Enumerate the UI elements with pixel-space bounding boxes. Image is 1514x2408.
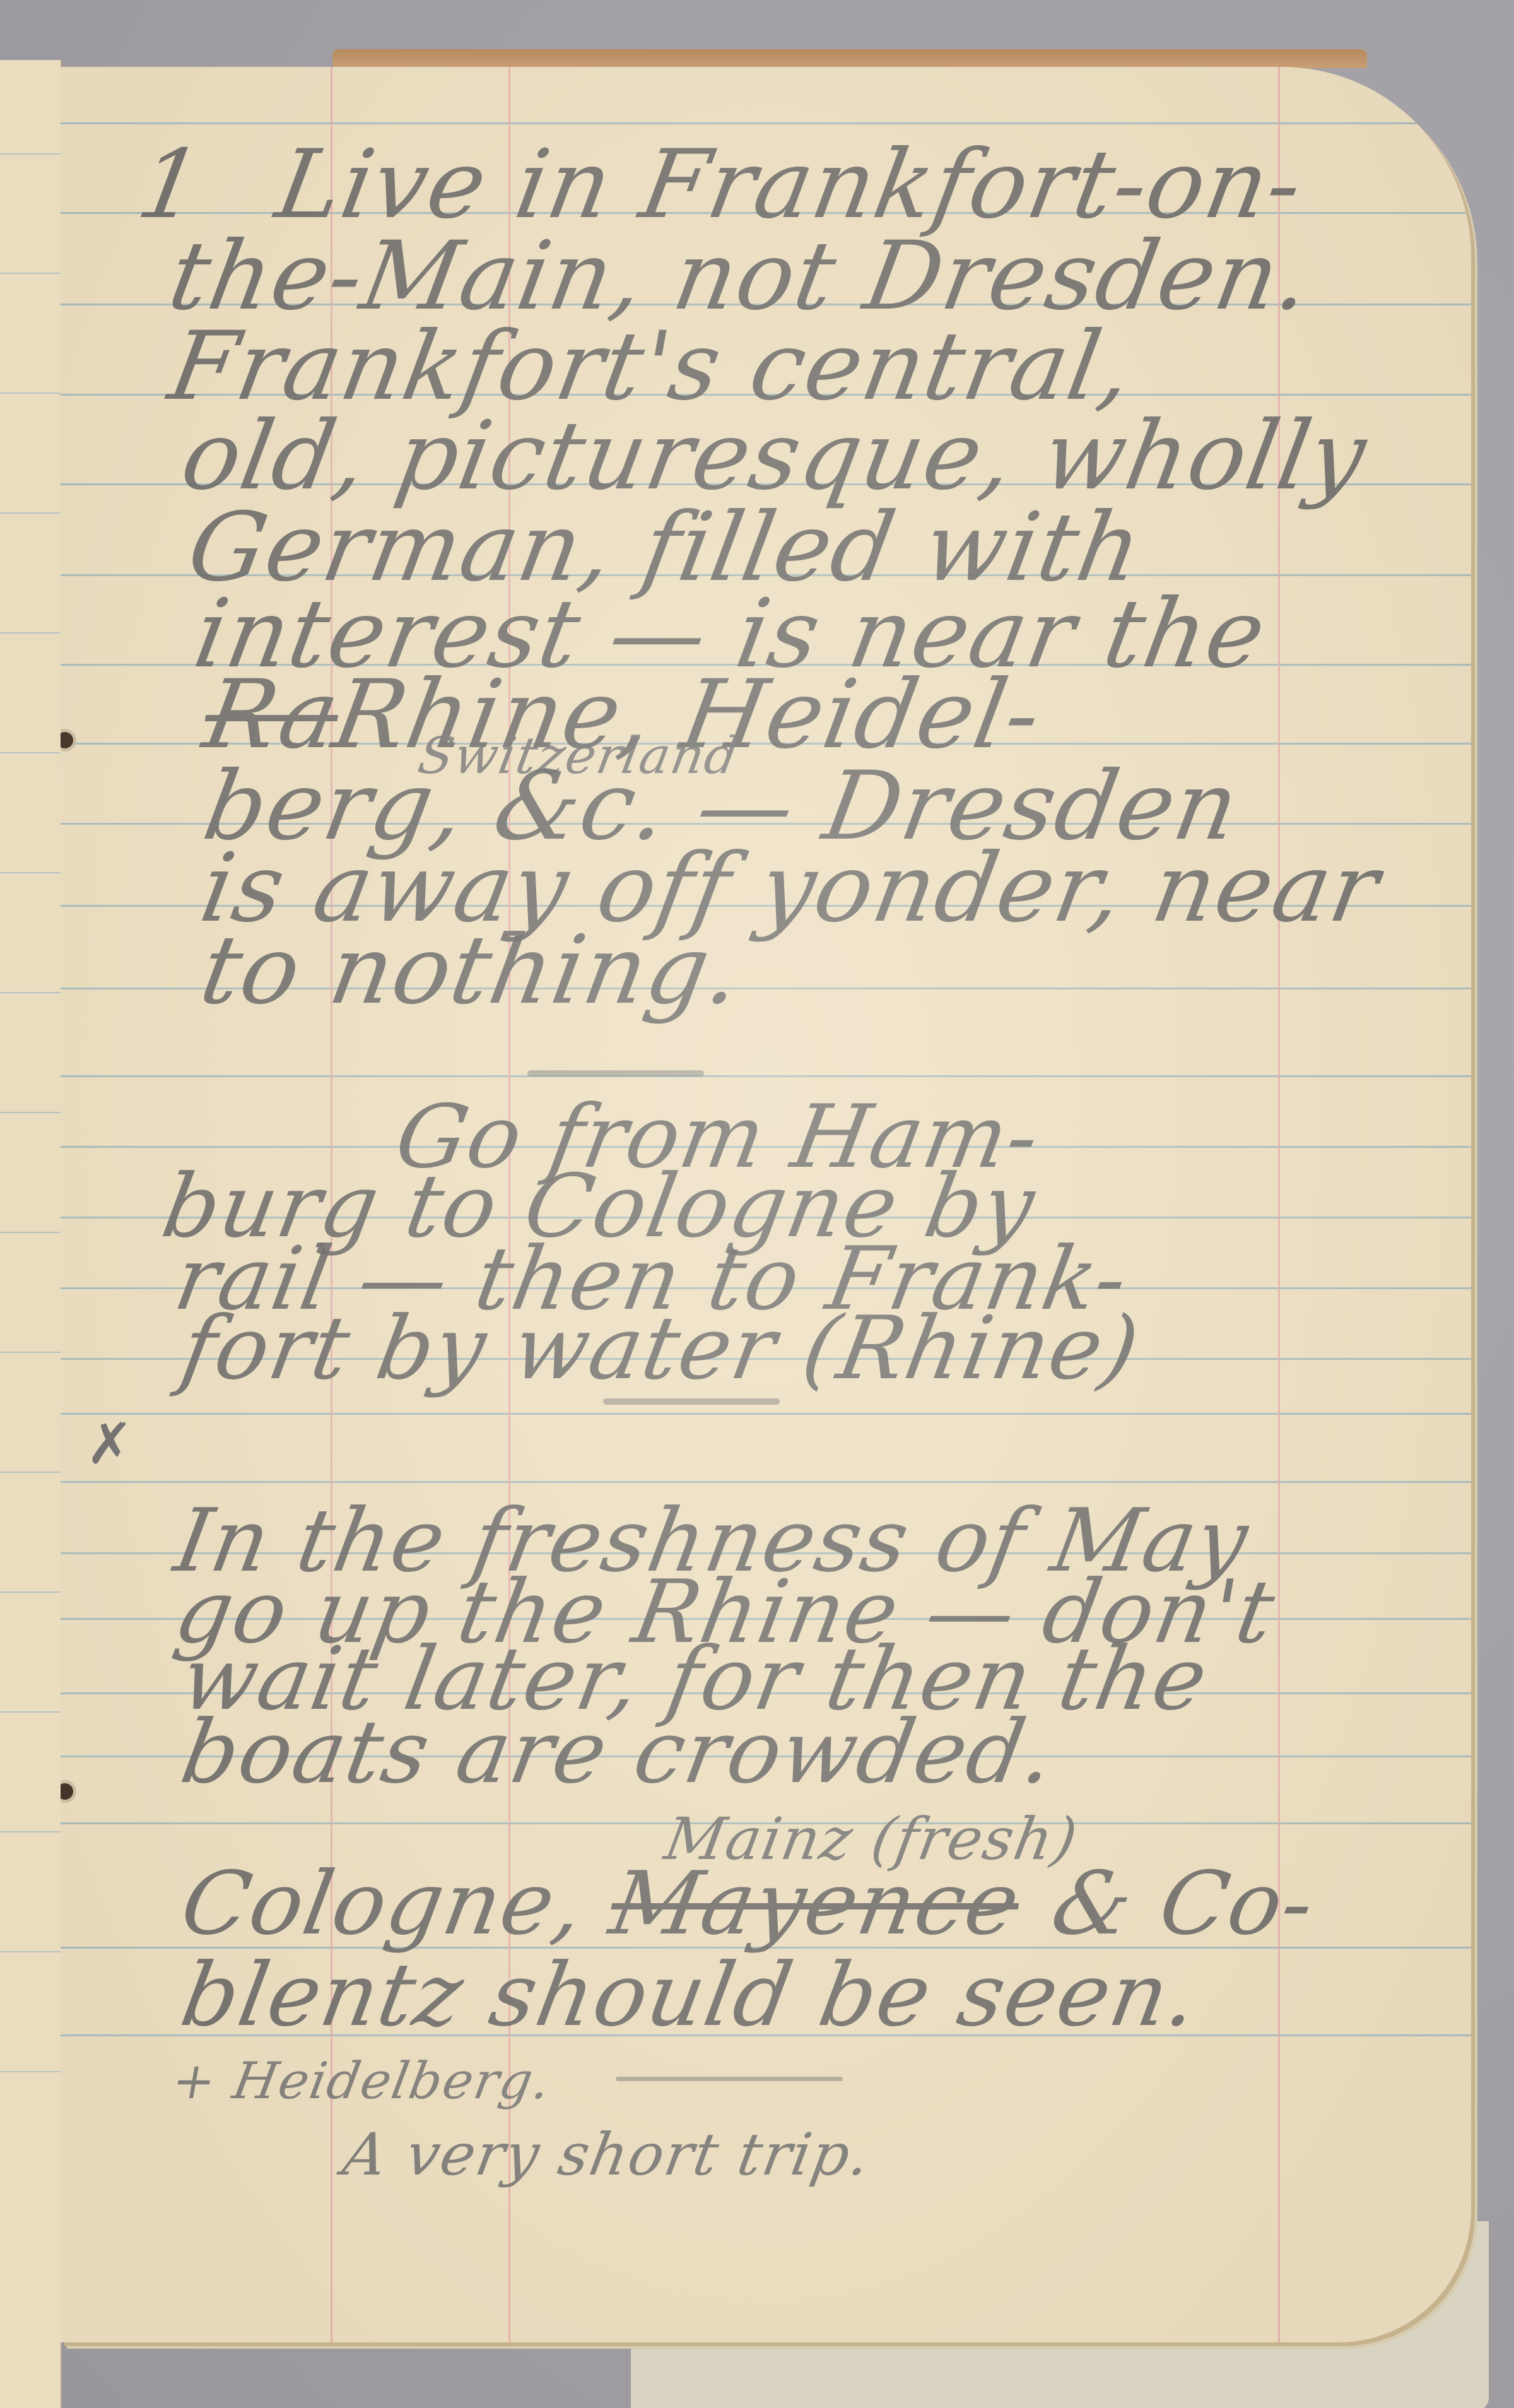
section-divider bbox=[603, 1398, 780, 1405]
ruled-line bbox=[61, 1481, 1471, 1483]
ruled-line bbox=[61, 122, 1471, 124]
handwritten-line-14: fort by water (Rhine) bbox=[174, 1297, 1147, 1399]
handwritten-line-19-suffix: & Co- bbox=[1045, 1853, 1322, 1954]
facing-page-edge bbox=[0, 60, 62, 2408]
ruled-line bbox=[61, 1413, 1471, 1415]
wavy-divider bbox=[616, 2077, 843, 2081]
margin-x-mark: ✗ bbox=[86, 1411, 133, 1477]
handwritten-note-heidelberg: + Heidelberg. bbox=[168, 2051, 556, 2110]
notebook-cover-edge bbox=[332, 49, 1367, 68]
handwritten-line-19-prefix: Cologne, bbox=[174, 1853, 592, 1954]
binding-hole bbox=[61, 732, 73, 748]
handwritten-note-short-trip: A very short trip. bbox=[338, 2121, 876, 2188]
notebook-page: 1 Live in Frankfort-on- the-Main, not Dr… bbox=[61, 67, 1471, 2342]
binding-hole bbox=[61, 1783, 73, 1800]
struck-word: Mayence bbox=[603, 1853, 1028, 1954]
ruled-line bbox=[61, 1075, 1471, 1077]
section-divider bbox=[527, 1070, 704, 1077]
handwritten-line-10: to nothing. bbox=[193, 916, 750, 1025]
handwritten-line-20: blentz should be seen. bbox=[174, 1944, 1206, 2046]
handwritten-line-18: boats are crowded. bbox=[174, 1701, 1063, 1803]
